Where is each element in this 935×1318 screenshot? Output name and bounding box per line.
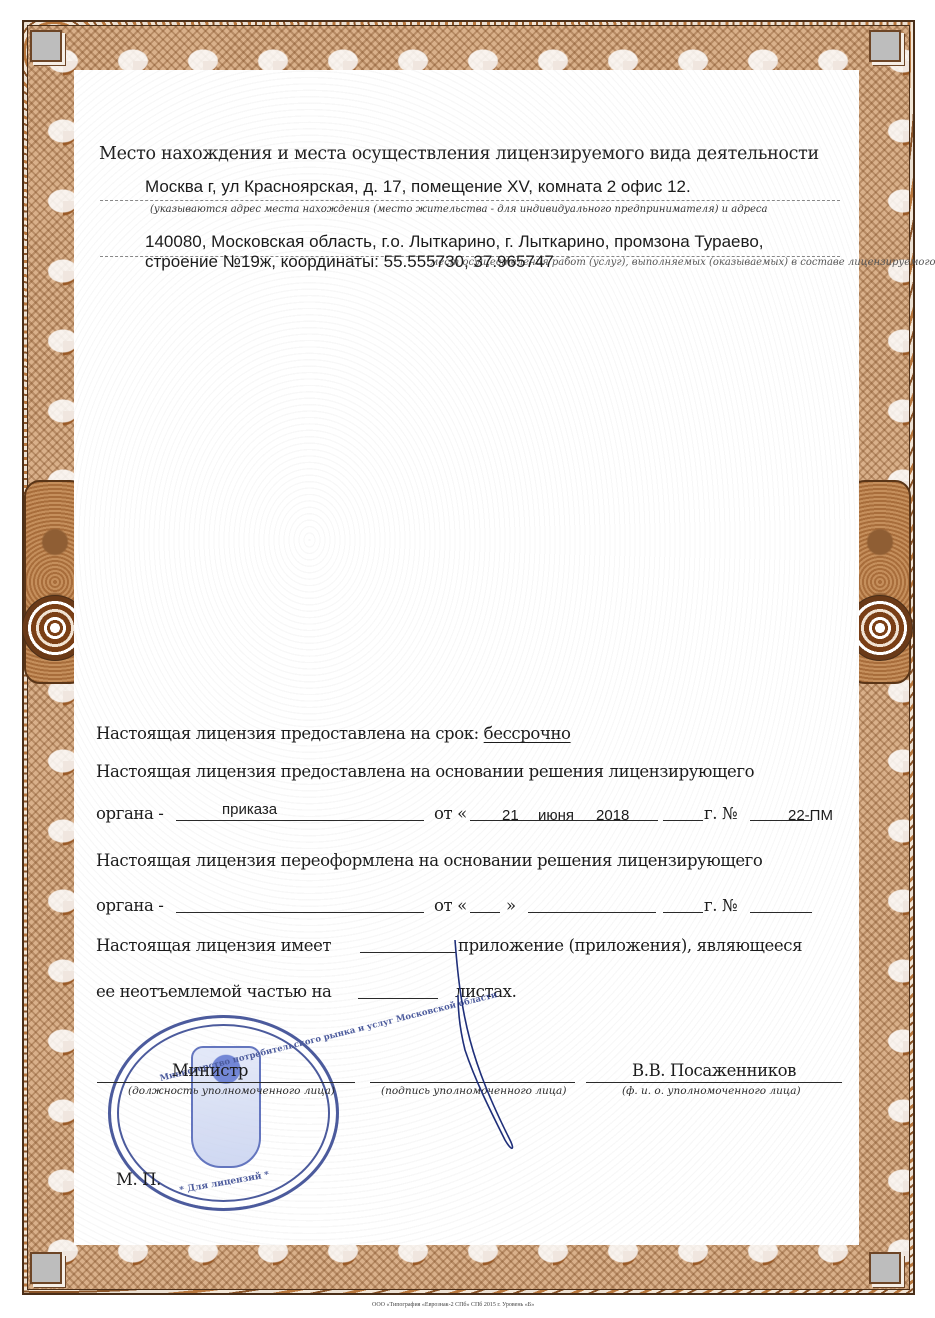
seal-place-label: М. П. — [116, 1172, 161, 1189]
appendix-line-1-suffix: приложение (приложения), являющееся — [458, 938, 802, 955]
granted-from-label: от « — [434, 806, 467, 823]
frame-corner-square-icon — [30, 30, 62, 62]
appendix-line-1-prefix: Настоящая лицензия имеет — [96, 938, 331, 955]
activity-address-line-2: строение №19ж, координаты: 55.555730, 37… — [145, 253, 554, 270]
position-caption: (должность уполномоченного лица) — [128, 1086, 335, 1097]
term-label: Настоящая лицензия предоставлена на срок… — [96, 724, 479, 743]
reissued-day-underline — [470, 912, 500, 913]
signature-caption: (подпись уполномоченного лица) — [381, 1086, 566, 1097]
frame-corner-square-icon — [869, 1252, 901, 1284]
reissued-month-underline — [528, 912, 656, 913]
granted-month: июня — [538, 808, 574, 823]
appendix-line-2-prefix: ее неотъемлемой частью на — [96, 984, 332, 1001]
signer-position: Министр — [172, 1063, 248, 1080]
activity-address-line-1: 140080, Московская область, г.о. Лыткари… — [145, 233, 764, 250]
granted-day: 21 — [502, 808, 519, 823]
signature-underline — [370, 1082, 575, 1083]
printer-imprint: ООО «Типография «Еврознак-2 СПб» СПб 201… — [372, 1302, 534, 1308]
frame-corner-square-icon — [30, 1252, 62, 1284]
granted-organ-value: приказа — [222, 802, 277, 817]
signer-name: В.В. Посаженников — [632, 1063, 796, 1080]
address-underline — [100, 200, 840, 201]
reissued-from-label: от « — [434, 898, 467, 915]
reissued-quote-close: » — [506, 898, 516, 915]
reissued-organ-label: органа - — [96, 898, 163, 915]
appendix-sheets-underline — [358, 998, 438, 999]
reissued-number-label: г. № — [704, 898, 737, 915]
granted-organ-underline — [176, 820, 424, 821]
position-underline — [97, 1082, 355, 1083]
granted-organ-label: органа - — [96, 806, 163, 823]
frame-corner-square-icon — [869, 30, 901, 62]
stamp-bottom-text: * Для лицензий * — [179, 1170, 270, 1196]
granted-number: 22-ПМ — [788, 808, 833, 823]
reissued-basis-line: Настоящая лицензия переоформлена на осно… — [96, 853, 762, 870]
term-row: Настоящая лицензия предоставлена на срок… — [96, 726, 571, 743]
reissued-number-underline — [750, 912, 812, 913]
reissued-year-underline — [663, 912, 703, 913]
term-value: бессрочно — [484, 724, 571, 743]
name-caption: (ф. и. о. уполномоченного лица) — [622, 1086, 801, 1097]
location-heading: Место нахождения и места осуществления л… — [99, 146, 819, 164]
granted-number-label: г. № — [704, 806, 737, 823]
granted-year-underline — [663, 820, 703, 821]
name-underline — [586, 1082, 842, 1083]
reissued-organ-underline — [176, 912, 424, 913]
granted-basis-line: Настоящая лицензия предоставлена на осно… — [96, 764, 754, 781]
primary-address: Москва г, ул Красноярская, д. 17, помеще… — [145, 178, 691, 195]
appendix-count-underline — [360, 952, 456, 953]
granted-year: 2018 — [596, 808, 629, 823]
address-hint-1: (указываются адрес места нахождения (мес… — [150, 205, 767, 215]
